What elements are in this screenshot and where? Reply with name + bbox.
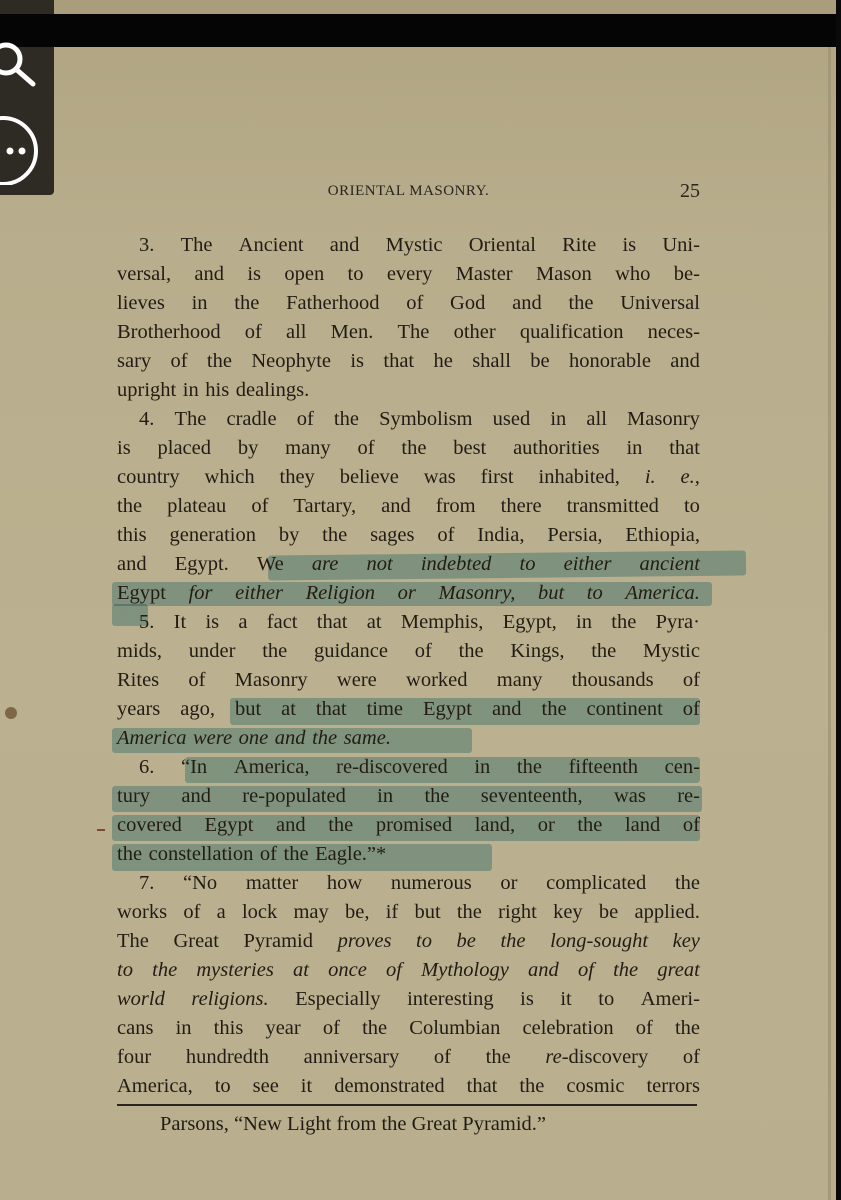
text-line: theplateauofTartary,andfromtheretransmit…	[117, 492, 700, 521]
text-line: EgyptforeitherReligionorMasonry,buttoAme…	[117, 579, 700, 608]
text-line: theconstellationoftheEagle.”*	[117, 840, 700, 869]
text-line: 3.TheAncientandMysticOrientalRiteisUni-	[117, 231, 700, 260]
text-line: lievesintheFatherhoodofGodandtheUniversa…	[117, 289, 700, 318]
search-button[interactable]	[0, 40, 54, 90]
text-line: 5.ItisafactthatatMemphis,Egypt,inthePyra…	[117, 608, 700, 637]
paper-stain	[5, 707, 17, 719]
page-gap-bar	[0, 14, 841, 47]
page-edge-shadow	[828, 47, 831, 1200]
text-line: cansinthisyearoftheColumbiancelebrationo…	[117, 1014, 700, 1043]
text-line: uprightinhisdealings.	[117, 376, 700, 405]
text-line: mids,undertheguidanceoftheKings,theMysti…	[117, 637, 700, 666]
text-line: 6.“InAmerica,re-discoveredinthefifteenth…	[117, 753, 700, 782]
running-title: ORIENTAL MASONRY.	[117, 183, 700, 200]
text-line: RitesofMasonrywereworkedmanythousandsof	[117, 666, 700, 695]
text-line: andEgypt.Wearenotindebtedtoeitherancient	[117, 550, 700, 579]
viewer-side-toolbar	[0, 0, 54, 195]
page-header: ORIENTAL MASONRY. 25	[117, 183, 700, 209]
text-line: TheGreatPyramidprovestobethelong-soughtk…	[117, 927, 700, 956]
viewer-right-border	[836, 0, 841, 1200]
text-line: yearsago,butatthattimeEgyptandthecontine…	[117, 695, 700, 724]
margin-mark	[97, 829, 105, 831]
text-line: turyandre-populatedintheseventeenth,wasr…	[117, 782, 700, 811]
text-line: worksofalockmaybe,ifbuttherightkeybeappl…	[117, 898, 700, 927]
text-line: thisgenerationbythesagesofIndia,Persia,E…	[117, 521, 700, 550]
text-line: fourhundredthanniversaryofthere-discover…	[117, 1043, 700, 1072]
search-icon	[0, 40, 54, 90]
page-number: 25	[680, 180, 700, 203]
page-body: 3.TheAncientandMysticOrientalRiteisUni-v…	[117, 231, 700, 1101]
text-line: Americawereoneandthesame.	[117, 724, 700, 753]
text-line: tothemysteriesatonceofMythologyandoftheg…	[117, 956, 700, 985]
previous-page-edge	[0, 0, 836, 14]
text-line: worldreligions.Especiallyinterestingisit…	[117, 985, 700, 1014]
footnote: Parsons, “New Light from the Great Pyram…	[160, 1113, 546, 1136]
more-options-icon	[0, 115, 54, 185]
text-line: coveredEgyptandthepromisedland,ortheland…	[117, 811, 700, 840]
text-line: versal,andisopentoeveryMasterMasonwhobe-	[117, 260, 700, 289]
text-line: countrywhichtheybelievewasfirstinhabited…	[117, 463, 700, 492]
text-line: 4.ThecradleoftheSymbolismusedinallMasonr…	[117, 405, 700, 434]
text-line: saryoftheNeophyteisthatheshallbehonorabl…	[117, 347, 700, 376]
text-line: isplacedbymanyofthebestauthoritiesinthat	[117, 434, 700, 463]
more-options-button[interactable]	[0, 115, 54, 185]
text-line: 7.“Nomatterhownumerousorcomplicatedthe	[117, 869, 700, 898]
text-line: America,toseeitdemonstratedthatthecosmic…	[117, 1072, 700, 1101]
text-line: BrotherhoodofallMen.Theotherqualificatio…	[117, 318, 700, 347]
footnote-rule	[117, 1104, 697, 1106]
